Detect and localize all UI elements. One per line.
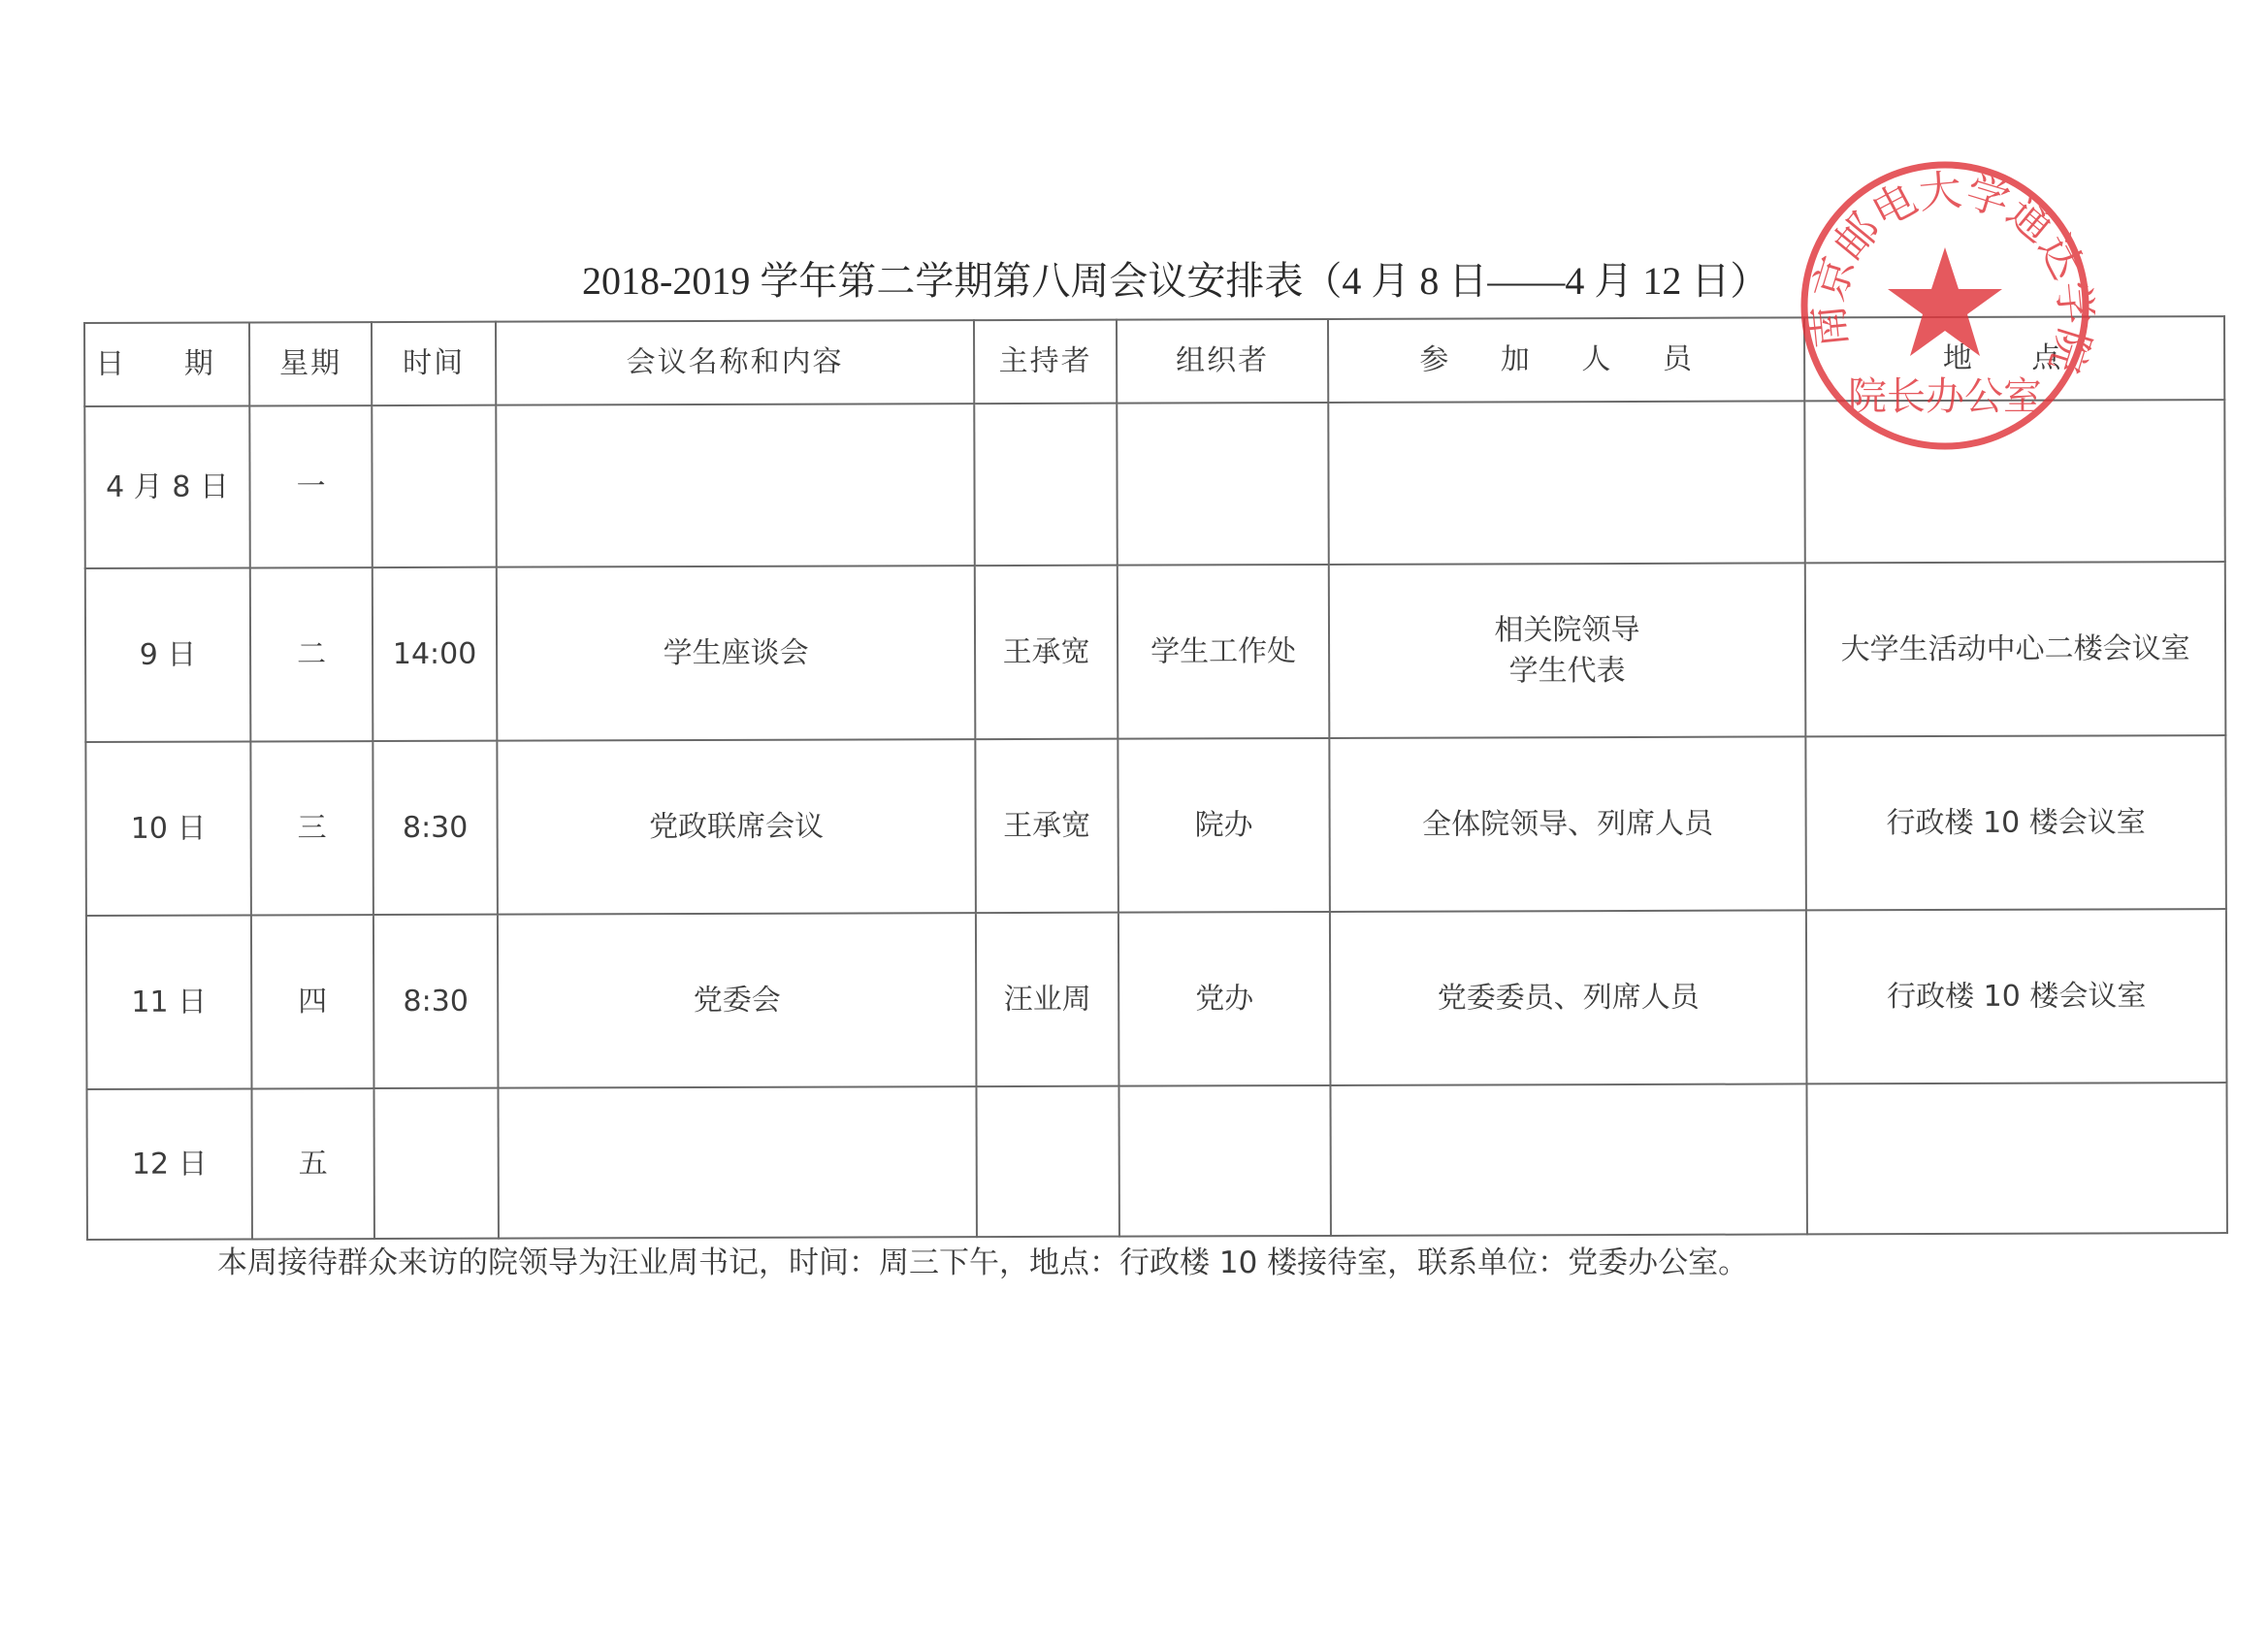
attendee-line [1332,1159,1806,1161]
cell-weekday: 三 [250,741,373,915]
cell-weekday: 五 [251,1088,373,1239]
cell-date: 10 日 [85,741,251,916]
attendee-line: 全体院领导、列席人员 [1331,803,1805,846]
page-title: 2018-2019 学年第二学期第八周会议安排表（4 月 8 日——4 月 12… [582,254,1940,308]
attendee-line: 相关院领导 [1330,609,1804,652]
header-attendees: 参 加 人 员 [1328,317,1804,403]
header-meeting: 会议名称和内容 [496,320,974,405]
table-header-row: 日 期 星期 时间 会议名称和内容 主持者 组织者 参 加 人 员 地 点 [84,316,2224,406]
cell-host: 王承宽 [975,739,1118,913]
meeting-schedule-table: 日 期 星期 时间 会议名称和内容 主持者 组织者 参 加 人 员 地 点 4 … [83,315,2228,1241]
cell-organizer: 院办 [1118,738,1330,913]
cell-host: 王承宽 [975,566,1118,739]
cell-time [373,1088,498,1239]
cell-time: 8:30 [373,915,499,1088]
cell-location: 行政楼 10 楼会议室 [1806,909,2227,1083]
cell-meeting [496,404,975,567]
attendee-line [1330,482,1804,484]
cell-host [976,1086,1118,1237]
cell-organizer: 学生工作处 [1118,565,1330,739]
cell-attendees: 全体院领导、列席人员 [1329,736,1806,912]
header-organizer: 组织者 [1117,319,1328,404]
cell-date: 12 日 [86,1088,251,1240]
header-weekday: 星期 [249,322,372,405]
cell-weekday: 二 [250,567,373,741]
attendee-line: 党委委员、列席人员 [1331,977,1805,1019]
cell-time: 8:30 [373,741,498,915]
table-row: 10 日 三 8:30 党政联席会议 王承宽 院办 全体院领导、列席人员 行政楼… [85,735,2226,916]
cell-location [1806,1083,2226,1234]
attendee-line [1330,482,1804,484]
cell-meeting: 党政联席会议 [497,739,976,915]
cell-date: 4 月 8 日 [84,405,250,568]
cell-host [974,404,1118,566]
cell-time [372,405,497,567]
cell-date: 9 日 [85,567,251,742]
attendee-line: 学生代表 [1330,650,1804,693]
header-date: 日 期 [84,322,249,406]
header-host: 主持者 [974,320,1117,404]
cell-date: 11 日 [86,915,252,1089]
cell-attendees: 相关院领导 学生代表 [1329,563,1806,738]
cell-weekday: 一 [249,405,373,567]
header-location: 地 点 [1804,316,2224,401]
cell-attendees [1330,1083,1806,1236]
cell-location [1804,400,2225,563]
cell-attendees: 党委委员、列席人员 [1330,910,1807,1085]
table-row: 4 月 8 日 一 [84,400,2225,568]
cell-weekday: 四 [251,915,374,1088]
cell-organizer [1118,1085,1330,1237]
cell-meeting [498,1086,976,1239]
cell-meeting: 党委会 [498,913,977,1088]
header-time: 时间 [372,322,496,405]
table-row: 12 日 五 [86,1083,2226,1240]
cell-time: 14:00 [373,567,498,741]
table-row: 11 日 四 8:30 党委会 汪业周 党办 党委委员、列席人员 行政楼 10 … [86,909,2227,1089]
cell-attendees [1328,401,1805,565]
cell-host: 汪业周 [976,913,1119,1086]
cell-location: 行政楼 10 楼会议室 [1805,735,2226,910]
table-row: 9 日 二 14:00 学生座谈会 王承宽 学生工作处 相关院领导 学生代表 大… [85,562,2226,742]
visitor-reception-note: 本周接待群众来访的院领导为汪业周书记，时间：周三下午，地点：行政楼 10 楼接待… [217,1242,1748,1284]
cell-organizer: 党办 [1118,912,1331,1086]
cell-organizer [1117,403,1329,566]
cell-meeting: 学生座谈会 [497,566,976,741]
cell-location: 大学生活动中心二楼会议室 [1805,562,2226,736]
